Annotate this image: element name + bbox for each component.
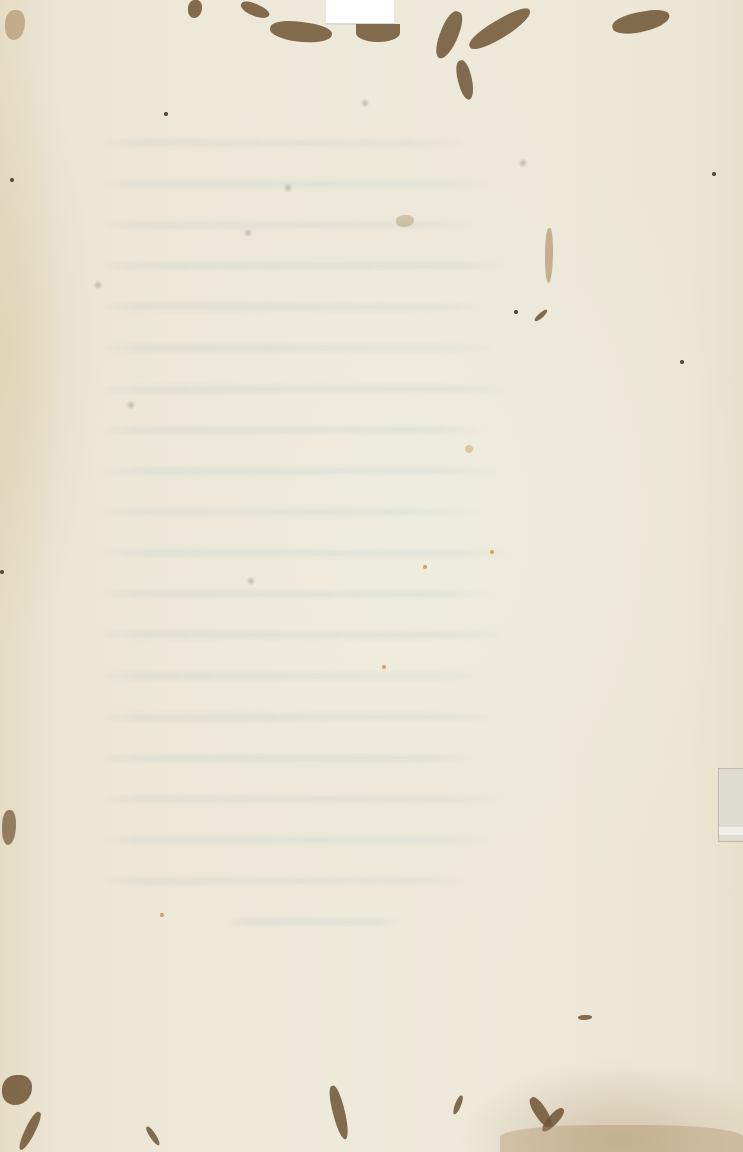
stain [465,4,535,55]
stain [326,1084,352,1140]
speck [382,665,386,669]
speck [520,160,526,166]
speck [423,565,427,569]
manuscript-page [0,0,743,1152]
stain [578,1015,592,1020]
speck [95,282,101,288]
speck [285,185,291,191]
speck [680,360,684,364]
stain [500,1125,743,1152]
show-through-text [100,140,530,960]
stain [239,0,271,22]
stain [533,308,548,322]
stain [452,1095,464,1116]
stain [269,18,333,46]
speck [128,402,134,408]
stain [432,8,466,61]
speck [164,112,168,116]
stain [545,228,553,283]
speck [465,445,473,453]
top-paper-tab [326,0,394,23]
stain [17,1110,44,1152]
speck [245,230,251,236]
right-edge-tab [718,768,743,842]
stain [2,810,16,845]
stain [144,1125,162,1146]
speck [362,100,368,106]
stain [188,0,202,18]
speck [712,172,716,176]
stain [5,10,25,40]
speck [514,310,518,314]
speck [248,578,254,584]
stain [611,7,672,37]
speck [160,913,164,917]
stain [2,1075,32,1105]
speck [10,178,14,182]
stain [453,59,477,101]
stain [356,24,400,42]
speck [0,570,4,574]
speck [490,550,494,554]
